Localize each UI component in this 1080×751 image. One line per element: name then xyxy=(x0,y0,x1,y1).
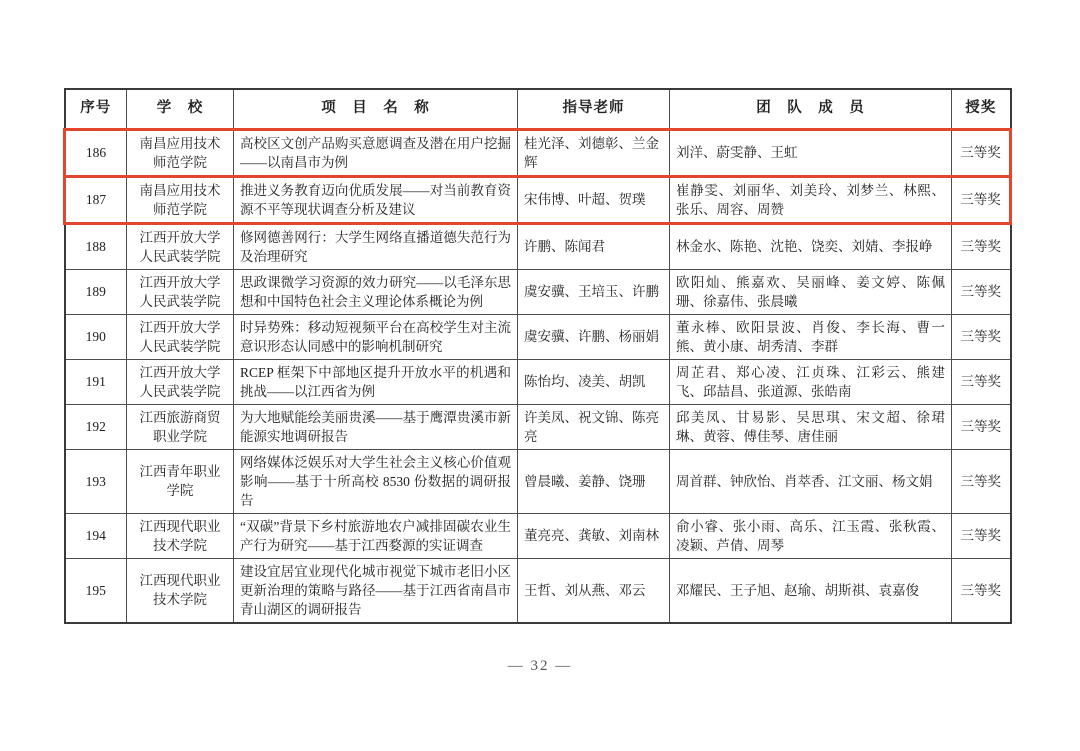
team-members-cell: 刘洋、蔚雯静、王虹 xyxy=(670,129,952,176)
column-header-advisors: 指导老师 xyxy=(518,89,670,129)
team-members-cell: 邓耀民、王子旭、赵瑜、胡斯祺、袁嘉俊 xyxy=(670,558,952,623)
award-cell: 三等奖 xyxy=(952,129,1011,176)
table-row: 190江西开放大学人民武装学院时异势殊：移动短视频平台在高校学生对主流意识形态认… xyxy=(65,314,1011,359)
advisors-cell: 曾晨曦、姜静、饶珊 xyxy=(518,449,670,513)
team-members-cell: 崔静雯、刘丽华、刘美玲、刘梦兰、林熙、张乐、周容、周赞 xyxy=(670,176,952,223)
school-cell: 江西青年职业学院 xyxy=(127,449,234,513)
project-name-cell: 修网德善网行：大学生网络直播道德失范行为及治理研究 xyxy=(234,223,518,269)
row-number-cell: 190 xyxy=(65,314,127,359)
project-name-cell: 思政课微学习资源的效力研究——以毛泽东思想和中国特色社会主义理论体系概论为例 xyxy=(234,269,518,314)
advisors-cell: 宋伟博、叶超、贺璞 xyxy=(518,176,670,223)
award-cell: 三等奖 xyxy=(952,359,1011,404)
award-cell: 三等奖 xyxy=(952,176,1011,223)
school-cell: 江西旅游商贸职业学院 xyxy=(127,404,234,449)
row-number-cell: 186 xyxy=(65,129,127,176)
column-header-project: 项 目 名 称 xyxy=(234,89,518,129)
project-name-cell: 建设宜居宜业现代化城市视觉下城市老旧小区更新治理的策略与路径——基于江西省南昌市… xyxy=(234,558,518,623)
advisors-cell: 董亮亮、龚敏、刘南林 xyxy=(518,513,670,558)
project-name-cell: 为大地赋能绘美丽贵溪——基于鹰潭贵溪市新能源实地调研报告 xyxy=(234,404,518,449)
document-page: 序号 学 校 项 目 名 称 指导老师 团 队 成 员 授奖 186南昌应用技术… xyxy=(0,0,1080,751)
project-name-cell: 网络媒体泛娱乐对大学生社会主义核心价值观影响——基于十所高校 8530 份数据的… xyxy=(234,449,518,513)
row-number-cell: 195 xyxy=(65,558,127,623)
table-row: 195江西现代职业技术学院建设宜居宜业现代化城市视觉下城市老旧小区更新治理的策略… xyxy=(65,558,1011,623)
advisors-cell: 桂光泽、刘德彰、兰金辉 xyxy=(518,129,670,176)
award-cell: 三等奖 xyxy=(952,223,1011,269)
column-header-no: 序号 xyxy=(65,89,127,129)
project-name-cell: RCEP 框架下中部地区提升开放水平的机遇和挑战——以江西省为例 xyxy=(234,359,518,404)
project-name-cell: 推进义务教育迈向优质发展——对当前教育资源不平等现状调查分析及建议 xyxy=(234,176,518,223)
school-cell: 江西开放大学人民武装学院 xyxy=(127,269,234,314)
table-row: 189江西开放大学人民武装学院思政课微学习资源的效力研究——以毛泽东思想和中国特… xyxy=(65,269,1011,314)
table-header-row: 序号 学 校 项 目 名 称 指导老师 团 队 成 员 授奖 xyxy=(65,89,1011,129)
award-cell: 三等奖 xyxy=(952,513,1011,558)
row-number-cell: 188 xyxy=(65,223,127,269)
table-row: 188江西开放大学人民武装学院修网德善网行：大学生网络直播道德失范行为及治理研究… xyxy=(65,223,1011,269)
team-members-cell: 周首群、钟欣怡、肖萃香、江文丽、杨文娟 xyxy=(670,449,952,513)
advisors-cell: 虞安骥、王培玉、许鹏 xyxy=(518,269,670,314)
team-members-cell: 董永棒、欧阳景波、肖俊、李长海、曹一熊、黄小康、胡秀清、李群 xyxy=(670,314,952,359)
row-number-cell: 191 xyxy=(65,359,127,404)
school-cell: 江西开放大学人民武装学院 xyxy=(127,359,234,404)
column-header-school: 学 校 xyxy=(127,89,234,129)
table-body: 186南昌应用技术师范学院高校区文创产品购买意愿调查及潜在用户挖掘——以南昌市为… xyxy=(65,129,1011,623)
school-cell: 南昌应用技术师范学院 xyxy=(127,129,234,176)
column-header-award: 授奖 xyxy=(952,89,1011,129)
advisors-cell: 许鹏、陈闻君 xyxy=(518,223,670,269)
row-number-cell: 187 xyxy=(65,176,127,223)
row-number-cell: 189 xyxy=(65,269,127,314)
table-row: 193江西青年职业学院网络媒体泛娱乐对大学生社会主义核心价值观影响——基于十所高… xyxy=(65,449,1011,513)
advisors-cell: 陈怡均、凌美、胡凯 xyxy=(518,359,670,404)
table-row: 191江西开放大学人民武装学院RCEP 框架下中部地区提升开放水平的机遇和挑战—… xyxy=(65,359,1011,404)
award-cell: 三等奖 xyxy=(952,449,1011,513)
team-members-cell: 邱美凤、甘易影、吴思琪、宋文超、徐珺琳、黄蓉、傅佳琴、唐佳丽 xyxy=(670,404,952,449)
table-row: 187南昌应用技术师范学院推进义务教育迈向优质发展——对当前教育资源不平等现状调… xyxy=(65,176,1011,223)
advisors-cell: 虞安骥、许鹏、杨丽娟 xyxy=(518,314,670,359)
school-cell: 江西现代职业技术学院 xyxy=(127,558,234,623)
award-cell: 三等奖 xyxy=(952,558,1011,623)
column-header-members: 团 队 成 员 xyxy=(670,89,952,129)
page-number: — 32 — xyxy=(0,658,1080,675)
team-members-cell: 林金水、陈艳、沈艳、饶奕、刘婧、李报峥 xyxy=(670,223,952,269)
project-name-cell: “双碳”背景下乡村旅游地农户减排固碳农业生产行为研究——基于江西婺源的实证调查 xyxy=(234,513,518,558)
advisors-cell: 许美凤、祝文锦、陈亮亮 xyxy=(518,404,670,449)
school-cell: 江西开放大学人民武装学院 xyxy=(127,314,234,359)
advisors-cell: 王哲、刘从燕、邓云 xyxy=(518,558,670,623)
row-number-cell: 194 xyxy=(65,513,127,558)
award-table: 序号 学 校 项 目 名 称 指导老师 团 队 成 员 授奖 186南昌应用技术… xyxy=(63,88,1012,624)
table-row: 192江西旅游商贸职业学院为大地赋能绘美丽贵溪——基于鹰潭贵溪市新能源实地调研报… xyxy=(65,404,1011,449)
award-cell: 三等奖 xyxy=(952,269,1011,314)
table-row: 186南昌应用技术师范学院高校区文创产品购买意愿调查及潜在用户挖掘——以南昌市为… xyxy=(65,129,1011,176)
row-number-cell: 193 xyxy=(65,449,127,513)
project-name-cell: 时异势殊：移动短视频平台在高校学生对主流意识形态认同感中的影响机制研究 xyxy=(234,314,518,359)
project-name-cell: 高校区文创产品购买意愿调查及潜在用户挖掘——以南昌市为例 xyxy=(234,129,518,176)
award-cell: 三等奖 xyxy=(952,314,1011,359)
row-number-cell: 192 xyxy=(65,404,127,449)
school-cell: 江西开放大学人民武装学院 xyxy=(127,223,234,269)
award-cell: 三等奖 xyxy=(952,404,1011,449)
team-members-cell: 欧阳灿、熊嘉欢、吴丽峰、姜文婷、陈佩珊、徐嘉伟、张晨曦 xyxy=(670,269,952,314)
school-cell: 南昌应用技术师范学院 xyxy=(127,176,234,223)
team-members-cell: 周芷君、郑心凌、江贞珠、江彩云、熊建飞、邱喆昌、张道源、张皓南 xyxy=(670,359,952,404)
team-members-cell: 俞小睿、张小雨、高乐、江玉霞、张秋霞、凌颖、芦倩、周琴 xyxy=(670,513,952,558)
table-row: 194江西现代职业技术学院“双碳”背景下乡村旅游地农户减排固碳农业生产行为研究—… xyxy=(65,513,1011,558)
school-cell: 江西现代职业技术学院 xyxy=(127,513,234,558)
